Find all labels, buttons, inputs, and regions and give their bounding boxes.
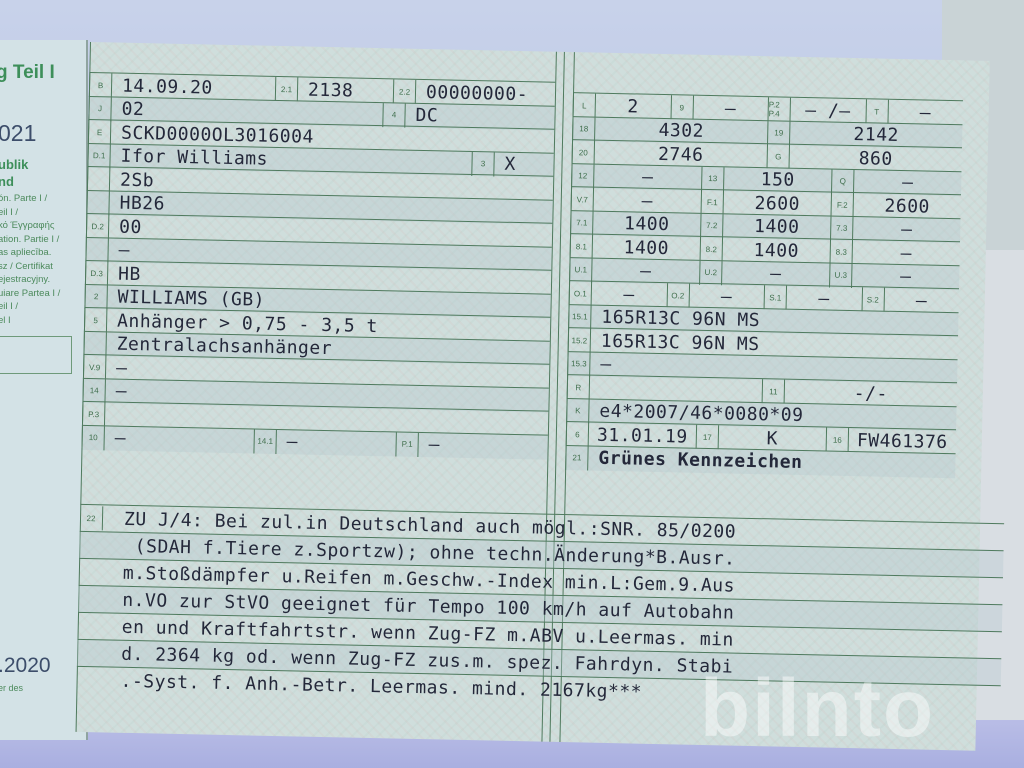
field-code: 2.2: [393, 79, 415, 103]
field-code: D.1: [87, 143, 109, 167]
field-code: 5: [84, 308, 106, 332]
field-code: 2.1: [275, 77, 297, 101]
field-code: J: [88, 96, 110, 120]
field-code: 15.3: [567, 352, 589, 376]
field-code: L: [573, 93, 595, 117]
field-value: –: [887, 100, 963, 126]
document-title-fragment: g Teil I: [0, 62, 55, 84]
field-code: 10: [81, 425, 103, 449]
field-code: 18: [572, 117, 594, 141]
field-code: O.1: [569, 281, 591, 305]
field-code: Q: [831, 169, 853, 193]
field-code: 3: [471, 152, 493, 176]
field-code: S.2: [861, 287, 883, 311]
field-code: E: [88, 120, 110, 144]
field-code: S.1: [764, 285, 786, 309]
field-code: P.1: [395, 432, 417, 456]
right-field-column: L29–P.2 P.4– /–T–184302192142202746G8601…: [573, 92, 963, 100]
field-code: 8.2: [700, 237, 722, 261]
field-code: D.3: [85, 261, 107, 285]
field-value: –: [275, 429, 395, 456]
field-code: 19: [767, 121, 789, 145]
field-code: 13: [701, 166, 723, 190]
field-code: 15.1: [568, 305, 590, 329]
field-value: –: [688, 284, 764, 310]
remarks-section: 22 ZU J/4: Bei zul.in Deutschland auch m…: [80, 504, 960, 522]
field-code: [85, 237, 107, 261]
field-value: Grünes Kennzeichen: [587, 446, 955, 478]
field-code: P.2 P.4: [767, 97, 789, 121]
field-code: V.9: [83, 355, 105, 379]
field-code: D.2: [86, 214, 108, 238]
watermark-logo: bilnto: [700, 668, 935, 750]
field-value: –: [692, 96, 768, 122]
field-code: R: [567, 375, 589, 399]
field-value: –: [417, 432, 547, 459]
field-code: 15.2: [568, 328, 590, 352]
field-code: U.1: [569, 258, 591, 282]
field-code: 14.1: [253, 429, 275, 453]
field-code: G: [767, 144, 789, 168]
field-code: 7.1: [570, 211, 592, 235]
left-field-column: B14.09.202.121382.200000000-J024DCESCKD0…: [89, 72, 555, 82]
field-code: T: [865, 99, 887, 123]
field-code: 9: [670, 95, 692, 119]
field-value: 2: [595, 94, 671, 120]
country-fragment: ublik nd: [0, 156, 28, 190]
field-code: F.2: [831, 193, 853, 217]
field-code: [87, 167, 109, 191]
field-code: B: [89, 73, 111, 97]
field-value: X: [493, 152, 553, 177]
stamp-box: [0, 336, 72, 374]
field-code: 2: [84, 284, 106, 308]
field-code: 8.1: [570, 234, 592, 258]
field-code: 6: [566, 422, 588, 446]
field-code: 4: [382, 103, 404, 127]
language-list: ón. Parte I / eil I / κό Έγγραφής ation.…: [0, 192, 60, 327]
field-code: O.2: [666, 283, 688, 307]
field-code: F.1: [701, 190, 723, 214]
field-code: 11: [762, 379, 784, 403]
field-code: 7.2: [700, 213, 722, 237]
field-code: [83, 331, 105, 355]
field-code: K: [566, 399, 588, 423]
field-value: –: [786, 286, 862, 312]
field-code: 21: [565, 446, 587, 470]
field-code: 14: [82, 378, 104, 402]
field-code: 12: [571, 164, 593, 188]
field-code: 17: [696, 425, 718, 449]
year-fragment: 021: [0, 120, 36, 147]
field-code: 16: [826, 428, 848, 452]
footer-fragment: er des: [0, 683, 23, 693]
field-code: V.7: [571, 187, 593, 211]
field-value: –: [103, 426, 253, 453]
field-code: P.3: [82, 402, 104, 426]
field-code: U.3: [829, 263, 851, 287]
issue-date-fragment: .2020: [0, 654, 51, 678]
left-folded-page: g Teil I 021 ublik nd ón. Parte I / eil …: [0, 40, 88, 740]
field-code: 20: [572, 140, 594, 164]
field-code: 7.3: [830, 216, 852, 240]
registration-certificate: B14.09.202.121382.200000000-J024DCESCKD0…: [76, 42, 990, 751]
field-code: U.2: [699, 260, 721, 284]
field-code: 8.3: [830, 240, 852, 264]
field-code: [86, 190, 108, 214]
